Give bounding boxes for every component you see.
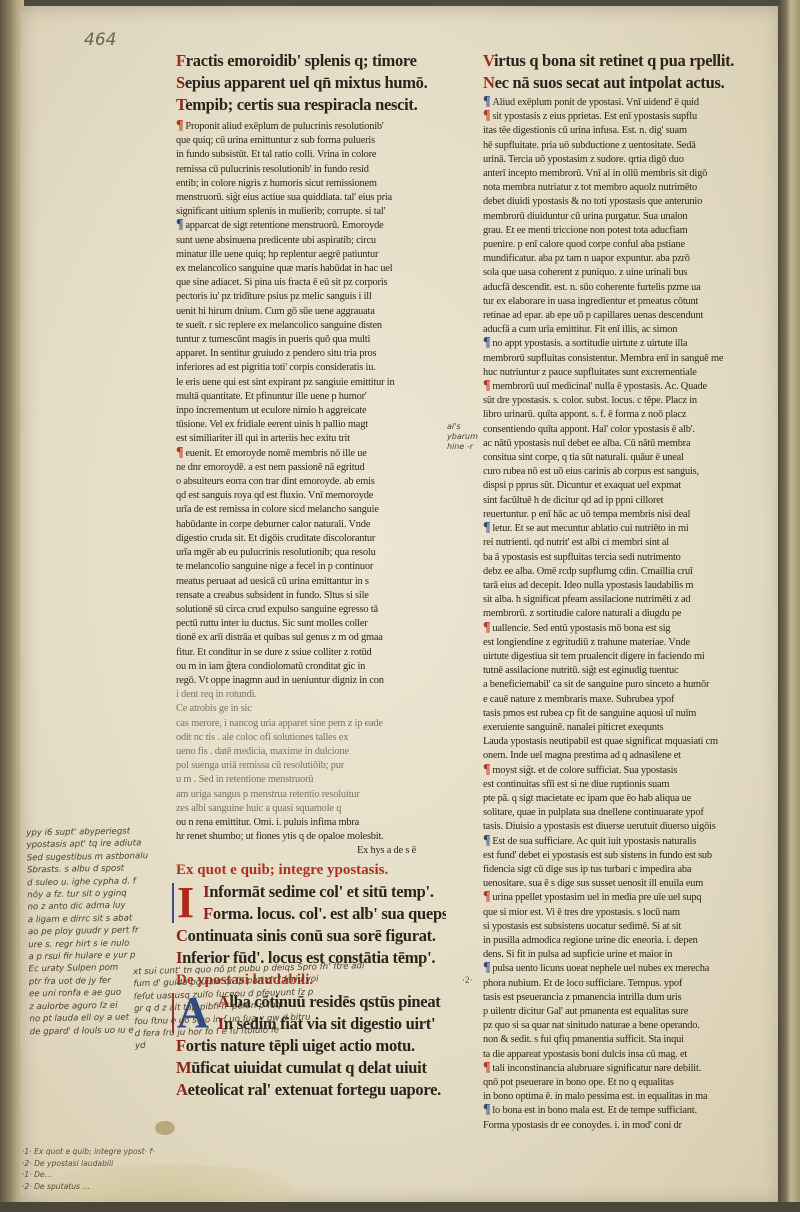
gloss-line: que sine adiacet. Si pina uis fracta ē e… <box>176 276 446 290</box>
gloss-line: urīa de est remissa in colore sicd melan… <box>176 503 446 517</box>
gloss-line: ¶pulsa uento licuns uoeat nephele uel nu… <box>483 962 768 976</box>
gloss-line: tasis pmos est rubea cp fit de sanguine … <box>483 707 768 721</box>
gloss-line: uenositare. sua ē s dige sus susset ueno… <box>483 877 768 891</box>
gloss-line: sūt dre ypostasis. s. color. subst. locu… <box>483 394 768 408</box>
gloss-line: sola que uasa coherent z puniquo. z uine… <box>483 266 768 280</box>
gloss-line: ueno fis . datē medicia, maxime in dulci… <box>176 745 446 759</box>
verse-line: Continuata sinis conū sua sorē figurat. <box>176 925 446 947</box>
rubricated-capital: I <box>203 882 209 901</box>
gloss-line: odit nc tis . ale coloc ofī solutiones t… <box>176 731 446 745</box>
left-verses-top: Fractis emoroidib' splenis q; timore Sep… <box>176 50 446 116</box>
gloss-line: grau. Et ee menti triccione non potest t… <box>483 224 768 238</box>
gloss-line: ¶no appt ypostasis. a sortitudie uirtute… <box>483 337 768 351</box>
gloss-line: consitua sint corpe, q tia sūt naturali.… <box>483 451 768 465</box>
verse-line: Sepius apparent uel qn̄ mixtus humō. <box>176 72 446 94</box>
gloss-line: ne dnr emoroydē. a est nem passionē nā e… <box>176 461 446 475</box>
paragraph-mark-icon: ¶ <box>176 219 183 231</box>
gloss-line: qnō pot pseuerare in bono ope. Et no q e… <box>483 1076 768 1090</box>
gloss-line: tūsione. Vel ex fridiale eerent uinis h … <box>176 418 446 432</box>
gloss-line: fidencia sigt cū dige sus ip tus turbari… <box>483 863 768 877</box>
gloss-line: dispsi p pprus sūt. Dicuntur et exaquat … <box>483 479 768 493</box>
gloss-line: tuntur z tumescūnt magis in pueris quō q… <box>176 333 446 347</box>
gloss-line: ¶Aliud exēplum ponit de ypostasi. Vnī ui… <box>483 96 768 110</box>
gloss-line: entib; in colore nigris z humoris sicut … <box>176 177 446 191</box>
right-verses-top: Virtus q bona sit retinet q pua rpellit.… <box>483 50 768 94</box>
gloss-line: ¶sit ypostasis z eius pprietas. Est enī … <box>483 110 768 124</box>
gloss-line: hr renet shumbo; ut fiones ytis q de opa… <box>176 830 446 844</box>
gloss-line: cas merore, i nancog uria apparet sine p… <box>176 717 446 731</box>
gloss-line: que quiq; cū urina emittuntur z sub form… <box>176 134 446 148</box>
gloss-line: meatus peruaat ad uesicā cū urina emitta… <box>176 575 446 589</box>
gloss-line: inferiores ad est pigritia toti' corpis … <box>176 361 446 375</box>
gloss-line: zes albi sanguine huic a quasi squamole … <box>176 802 446 816</box>
rubricated-capital: S <box>176 73 185 92</box>
gloss-line: solutionē sū circa crud expulso sanguine… <box>176 603 446 617</box>
verse-line: Fractis emoroidib' splenis q; timore <box>176 50 446 72</box>
gloss-line: dens. Si fit in pulsa ad supficie urine … <box>483 948 768 962</box>
paragraph-mark-icon: ¶ <box>483 1104 490 1116</box>
gloss-line: consentiendo quīta appont. Hal' color yp… <box>483 423 768 437</box>
gloss-line: mundificatur. aba pz tam n uapor expuntu… <box>483 252 768 266</box>
verse-line: Virtus q bona sit retinet q pua rpellit. <box>483 50 768 72</box>
page-bottom-edge <box>0 1202 800 1212</box>
verse-line: Aeteolicat ral' extenuat fortegu uapore. <box>176 1079 446 1101</box>
footer-note-line: ·2· De ypostasi laudabili <box>22 1158 322 1170</box>
gloss-line: exeruiente sanguinē. nanalei piticret ex… <box>483 721 768 735</box>
gloss-line: est longiendine z egritudiū z trahune ma… <box>483 636 768 650</box>
gloss-line: membrorū diuiduntur cū urina purgatur. S… <box>483 210 768 224</box>
verse-line: Tempib; certis sua respiracla nescit. <box>176 94 446 116</box>
footer-notes: ·1· Ex quot e quib; integre ypost· f··2·… <box>22 1146 322 1192</box>
gloss-line: debet diuidi ypostasis & no toti ypostas… <box>483 195 768 209</box>
gloss-line: itas tēe digestionis cū urina infusa. Es… <box>483 124 768 138</box>
gloss-line: u m . Sed in retentione menstruorū <box>176 773 446 787</box>
gloss-line: ¶euenit. Et emoroyde nomē membris nō ill… <box>176 447 446 461</box>
gloss-line: anterī incepto membrorū. Vnī al in ollū … <box>483 167 768 181</box>
rubricated-capital: A <box>176 1080 188 1099</box>
gloss-line: tarā eius ad decepit. Ideo nulla ypostas… <box>483 579 768 593</box>
gloss-line: digestio cruda sit. Et digōis cruditate … <box>176 532 446 546</box>
gloss-line: remissa cū pulucrinis resolutionib' in f… <box>176 163 446 177</box>
gloss-line: inpo incrementum ut eculore nimio h aggr… <box>176 404 446 418</box>
gloss-line: curo rubea nō est uō eius carinis ab cor… <box>483 465 768 479</box>
paragraph-mark-icon: ¶ <box>483 891 490 903</box>
rubricated-capital: T <box>176 95 185 114</box>
folio-number: 464 <box>84 30 116 50</box>
gloss-line: ac nātū ypostasis nuī debet ee alba. Cū … <box>483 437 768 451</box>
paragraph-mark-icon: ¶ <box>483 1062 490 1074</box>
gloss-line: aducfā descendit. est. n. sūo coherente … <box>483 281 768 295</box>
gloss-line: multā quantitate. Et pfinuntur ille uene… <box>176 390 446 404</box>
gloss-line: apparet. In sentitur gruiudo z pendero s… <box>176 347 446 361</box>
gloss-line: aducfā a cum urīa emittitur. Fit enī ill… <box>483 323 768 337</box>
side-note-line: hine -r <box>447 442 495 452</box>
rubricated-capital: F <box>203 904 213 923</box>
paragraph-mark-icon: ¶ <box>483 522 490 534</box>
verse-line: Nec nā suos secat aut intpolat actus. <box>483 72 768 94</box>
gloss-line: hē supfluitate. pria uō subductione z ue… <box>483 139 768 153</box>
right-column: Virtus q bona sit retinet q pua rpellit.… <box>483 50 768 1133</box>
gloss-line: urīa mgēr ab eu pulucrinis resolutionib;… <box>176 546 446 560</box>
gloss-line: Ce atrobis ge in sic <box>176 702 446 716</box>
gloss-line: tutnē assilacione nutritū. sig̃t est egi… <box>483 664 768 678</box>
gloss-line: ou m in iam g̃tera condiolomatū crondita… <box>176 660 446 674</box>
gloss-line: uirtute digestiua sit tem prualencit dig… <box>483 650 768 664</box>
gloss-line: te sueīt. r sic replere ex melancolico s… <box>176 319 446 333</box>
rubricated-capital: V <box>483 51 494 70</box>
gloss-line: est continuitas sfīi est si ne diue rupt… <box>483 778 768 792</box>
footer-note-line: ·2· De sputatus … <box>22 1181 322 1193</box>
left-column: Fractis emoroidib' splenis q; timore Sep… <box>176 50 446 1101</box>
gloss-line: ta die appareat ypostasis boni dulcis in… <box>483 1048 768 1062</box>
side-note-line: ybarum <box>447 432 495 442</box>
footer-note-line: ·1· Ex quot e quib; integre ypost· f· <box>22 1146 322 1158</box>
gloss-line: pte pā. q sigt macietate ec ipam que ēo … <box>483 792 768 806</box>
gloss-line: huc nutriuntur z pauce supfluitates sunt… <box>483 366 768 380</box>
paragraph-mark-icon: ¶ <box>483 380 490 392</box>
gloss-line: phora nubium. Et de loco sufficiare. Tem… <box>483 977 768 991</box>
gloss-line: est fund' debet ei ypostasis est sub sis… <box>483 849 768 863</box>
gloss-line: puenire. p enī calore quod corpe conful … <box>483 238 768 252</box>
rubric-heading-1: Ex quot e quib; integre ypostasis. <box>176 859 446 881</box>
gloss-line: nota membra nutriatur z tot membro aquol… <box>483 181 768 195</box>
gloss-line: ex melancolico sanguine quæ maris habūda… <box>176 262 446 276</box>
gloss-line: onem. Inde uel magna prestima ad q adnas… <box>483 749 768 763</box>
gloss-line: menstruorū. sig̃t eius actiue sua quiddi… <box>176 191 446 205</box>
gloss-line: e cauē nature z membraris maxe. Subrubea… <box>483 693 768 707</box>
gloss-line: libro urinarū. quīta appont. s. f. ē for… <box>483 408 768 422</box>
verse-line: Mūficat uiuidat cumulat q delat uiuit <box>176 1057 446 1079</box>
paragraph-mark-icon: ¶ <box>483 337 490 349</box>
gloss-line: rei nutrienti. qd nutrit' est albi ci me… <box>483 536 768 550</box>
left-verses-middle: I Informāt sedime col' et sitū temp'. Fo… <box>176 881 446 969</box>
gloss-line: minatur ille uene quiq; hp replentur aeg… <box>176 248 446 262</box>
gloss-line: pz quo si sa quar nat sinitudo naturae a… <box>483 1019 768 1033</box>
gloss-line: sit alba. h significat pfeam assilacione… <box>483 593 768 607</box>
gloss-line: solitare, quae in pulplata sua dnellene … <box>483 806 768 820</box>
gloss-line: qd est sanguis roya qd est fluxio. Vnī m… <box>176 489 446 503</box>
gloss-line: reuertuntur. p enī hāc ac uō tempa membr… <box>483 508 768 522</box>
gloss-line: regō. Vt oppe inagmn aud in ueniuntur di… <box>176 674 446 688</box>
paragraph-mark-icon: ¶ <box>483 622 490 634</box>
lower-marginalia: xt sui cunt' tn quo nō pt pubu p deiqs S… <box>133 958 455 1053</box>
paragraph-mark-icon: ¶ <box>176 447 183 459</box>
right-gloss-commentary: ¶Aliud exēplum ponit de ypostasi. Vnī ui… <box>483 96 768 1133</box>
footer-note-line: ·1· De… <box>22 1169 322 1181</box>
paragraph-mark-icon: ¶ <box>483 835 490 847</box>
side-note-line: al's <box>447 422 495 432</box>
rubricated-capital: N <box>483 73 495 92</box>
gloss-line: te melancolio sanguine nige a fecel in p… <box>176 560 446 574</box>
gloss-line: est similiariter ill qui in arteriis hec… <box>176 432 446 446</box>
gloss-line: ¶lo bona est in bono mala est. Et de tem… <box>483 1104 768 1118</box>
gloss-line: i dent req in rotundi. <box>176 688 446 702</box>
ink-stain <box>155 1121 175 1135</box>
gloss-line: ¶Est de sua sufficiare. Ac quit iuit ypo… <box>483 835 768 849</box>
gloss-line: am uriga sangus p menstrua retentio reso… <box>176 788 446 802</box>
gloss-line: tur ex elaborare in uasa ingredientur et… <box>483 295 768 309</box>
gloss-line: Forma ypostasis dr ee conoydes. i. in mo… <box>483 1119 768 1133</box>
verse-line: Informāt sedime col' et sitū temp'. <box>203 881 446 903</box>
gloss-line: ¶membrorū uuī medicinal' nulla ē ypostas… <box>483 380 768 394</box>
gloss-line: que si mior est. Vi ē tres dre ypostasis… <box>483 906 768 920</box>
verse-line: Forma. locus. col'. est alb' sua queps <box>203 903 446 925</box>
gloss-line: membrorū supfluitas consistentur. Membra… <box>483 352 768 366</box>
gloss-line: debz ee alba. Omē rcdp supflumg cdin. Cm… <box>483 565 768 579</box>
gloss-line: le eris uene qui est sint expirant pz sa… <box>176 376 446 390</box>
gloss-line: sint facūltuē h de dicitur qd ad ip ppni… <box>483 494 768 508</box>
gloss-line: ¶tali inconstinancia alubruare significa… <box>483 1062 768 1076</box>
gloss-line: pectoris iu' pz tridīture psius pz melic… <box>176 290 446 304</box>
interlinear-side-note: al's ybarum hine -r <box>447 422 495 452</box>
gloss-line: fitur. Et conditur in se dure z ssiue co… <box>176 646 446 660</box>
gloss-line: si ypostasis est subsistens uocatur sedi… <box>483 920 768 934</box>
gloss-line: sunt uene absinuena predicente ubi aspir… <box>176 234 446 248</box>
paragraph-mark-icon: ¶ <box>483 96 490 108</box>
paragraph-mark-icon: ¶ <box>483 110 490 122</box>
rubricated-capital: M <box>176 1058 191 1077</box>
gloss-line: habūdante in corpe deburner calor natura… <box>176 518 446 532</box>
gloss-line: uenit hi hirum dnium. Cum gō sūe uene ag… <box>176 305 446 319</box>
rubricated-capital: F <box>176 51 186 70</box>
gloss-line: tasis. Diuisio a ypostasis est diuerse u… <box>483 820 768 834</box>
paragraph-mark-icon: ¶ <box>176 120 183 132</box>
gloss-line: in fundo subsistūt. Et tal ratio colli. … <box>176 148 446 162</box>
paragraph-mark-icon: ¶ <box>483 962 490 974</box>
gloss-line: tasis est pseuerancia z pmanencia intril… <box>483 991 768 1005</box>
gloss-line: ¶Proponit aliud exēplum de pulucrinis re… <box>176 120 446 134</box>
gloss-line: ¶uallencie. Sed entū ypostasis mō bona e… <box>483 622 768 636</box>
gloss-line: p uilentr dicitur Gal' aut pmanenta est … <box>483 1005 768 1019</box>
gloss-line: tionē ex arīi distrāa et quibas sul genu… <box>176 631 446 645</box>
rubric-number: ·2· <box>462 975 473 985</box>
gloss-line: retinae ad epar. ab epe uō p capillares … <box>483 309 768 323</box>
gloss-line: pectū ruttu inter iu ductus. Sic sunt mo… <box>176 617 446 631</box>
gloss-line: a beneficiemabil' ca sit de sanguine pur… <box>483 678 768 692</box>
gloss-end-note: Ex hys a de s ē <box>176 844 446 858</box>
gloss-line: ¶letur. Et se aut mecuntur ablatio cui n… <box>483 522 768 536</box>
gloss-line: ba ā ypostasis est supfluitas tercia sed… <box>483 551 768 565</box>
gloss-line: significant uitium splenis in mulierib; … <box>176 205 446 219</box>
gloss-line: ¶apparcat de sigt retentione menstruorū.… <box>176 219 446 233</box>
gloss-line: ¶urina ppellet ypostasim uel in media pr… <box>483 891 768 905</box>
gloss-line: membrorū. z sortitudie calore naturali a… <box>483 607 768 621</box>
gloss-line: pol suenga uriā remissa cū resolutiōib; … <box>176 759 446 773</box>
gloss-line: in pusilla admodica regione urine dic en… <box>483 934 768 948</box>
left-gloss-commentary: ¶Proponit aliud exēplum de pulucrinis re… <box>176 120 446 844</box>
gloss-line: Lauda ypostasis neutipabil est quae sign… <box>483 735 768 749</box>
gloss-line: ¶moyst sig̃t. et de colore sufficiat. Su… <box>483 764 768 778</box>
gloss-line: non & sedit. s fui qfiq pmanentia suffic… <box>483 1033 768 1047</box>
paragraph-mark-icon: ¶ <box>483 764 490 776</box>
gloss-line: o absuiteurs eorra con trar dint emoroyd… <box>176 475 446 489</box>
gloss-line: ou n rena emittitur. Omi. i. puluis infi… <box>176 816 446 830</box>
gloss-line: rensate a creabus subsident in fundo. Sl… <box>176 589 446 603</box>
gloss-line: urinā. Tercia uō ypostasim z sudore. qrt… <box>483 153 768 167</box>
binding-right-edge <box>778 0 800 1212</box>
gloss-line: in bono optima ē. in malo pessima est. i… <box>483 1090 768 1104</box>
